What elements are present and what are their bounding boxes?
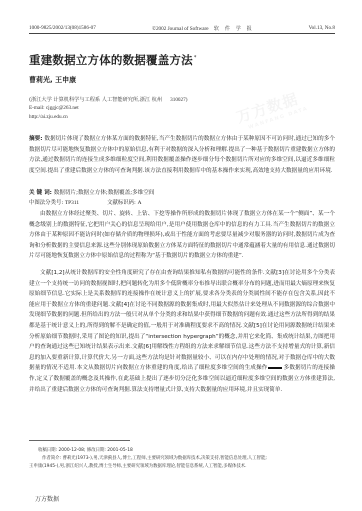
abstract-text: 数据切片体现了数据立方体某方面的数据特征,当产生数据切片的数据立方体由于某种原因… (29, 136, 335, 174)
affiliation: (浙江大学 计算机科学与工程系 人工智能研究所,浙江 杭州310027) (29, 96, 187, 103)
paper-title: 重建数据立方体的数据覆盖方法* (29, 52, 197, 68)
footnote-author-2: 王申康(1945-),男,浙江绍兴人,教授,博士生导师,主要研究领域为数据库理论… (29, 463, 247, 469)
abstract-label: 摘要: (29, 136, 43, 142)
keywords: 关 键 词: 数据切片;数据立方体;数据覆盖;多维空间 (29, 188, 154, 196)
paper-title-text: 重建数据立方体的数据覆盖方法 (29, 53, 193, 67)
journal-header: 1000-9825/2002/13(08)1586-07 ©2002 Journ… (29, 22, 335, 32)
document-page: 1000-9825/2002/13(08)1586-07 ©2002 Journ… (0, 0, 362, 511)
keywords-text: 数据切片;数据立方体;数据覆盖;多维空间 (54, 190, 155, 196)
journal-name-en: ©2002 Journal of Software (152, 26, 209, 32)
abstract: 摘要: 数据切片体现了数据立方体某方面的数据特征,当产生数据切片的数据立方体由于… (29, 134, 335, 176)
footnote-author-1: 作者简介: 曹莉光(1973-),男,天津蓟县人,博士,工程师,主要研究领域为数… (42, 455, 267, 461)
classification-codes: 中图法分类号: TP311文献标识码: A (29, 198, 141, 206)
clc-label: 中图法分类号: (29, 200, 63, 206)
footnote-received-date: 收稿日期: 2000-12-08; 修改日期: 2001-05-18 (38, 447, 133, 453)
body-paragraph-1: 由数据立方体经过聚类、切片、旋转、上钻、下挖等操作所形成的数据切片体现了数据立方… (29, 209, 335, 262)
author-list: 曹莉光, 王申康 (29, 75, 76, 85)
journal-name-cn: 软 件 学 报 (214, 26, 254, 32)
watermark-logo: 万方数据 WANFANG DATA (234, 86, 309, 133)
keywords-label: 关 键 词: (29, 190, 52, 196)
em-dash-rule (268, 367, 282, 368)
journal-name: ©2002 Journal of Software 软 件 学 报 (152, 25, 254, 32)
title-footnote-mark: * (194, 55, 197, 61)
volume-number: Vol.13, No.8 (309, 25, 335, 31)
doc-code-label: 文献标识码: (107, 200, 136, 206)
doc-code-value: A (138, 200, 142, 206)
footnote-divider (29, 440, 130, 441)
header-divider (29, 33, 335, 34)
body-paragraph-2: 文献[1,2]从统计数据库的安全性角度研究了存在由查询结果推知私有数据的可能性的… (29, 268, 335, 395)
clc-value: TP311 (65, 200, 79, 206)
institution-url[interactable]: http://ai.zju.edu.cn (29, 114, 68, 120)
author-email[interactable]: E-mail: cjggjc@263.net (29, 105, 79, 111)
footer-brand: 万方数据 (35, 494, 59, 503)
issn-code: 1000-9825/2002/13(08)1586-07 (29, 25, 96, 31)
postal-code: 310027) (170, 97, 187, 103)
affiliation-text: (浙江大学 计算机科学与工程系 人工智能研究所,浙江 杭州 (29, 97, 162, 103)
body-paragraph-2-part-a: 文献[1,2]从统计数据库的安全性角度研究了存在由查询结果推知私有数据的可能性的… (29, 270, 335, 371)
